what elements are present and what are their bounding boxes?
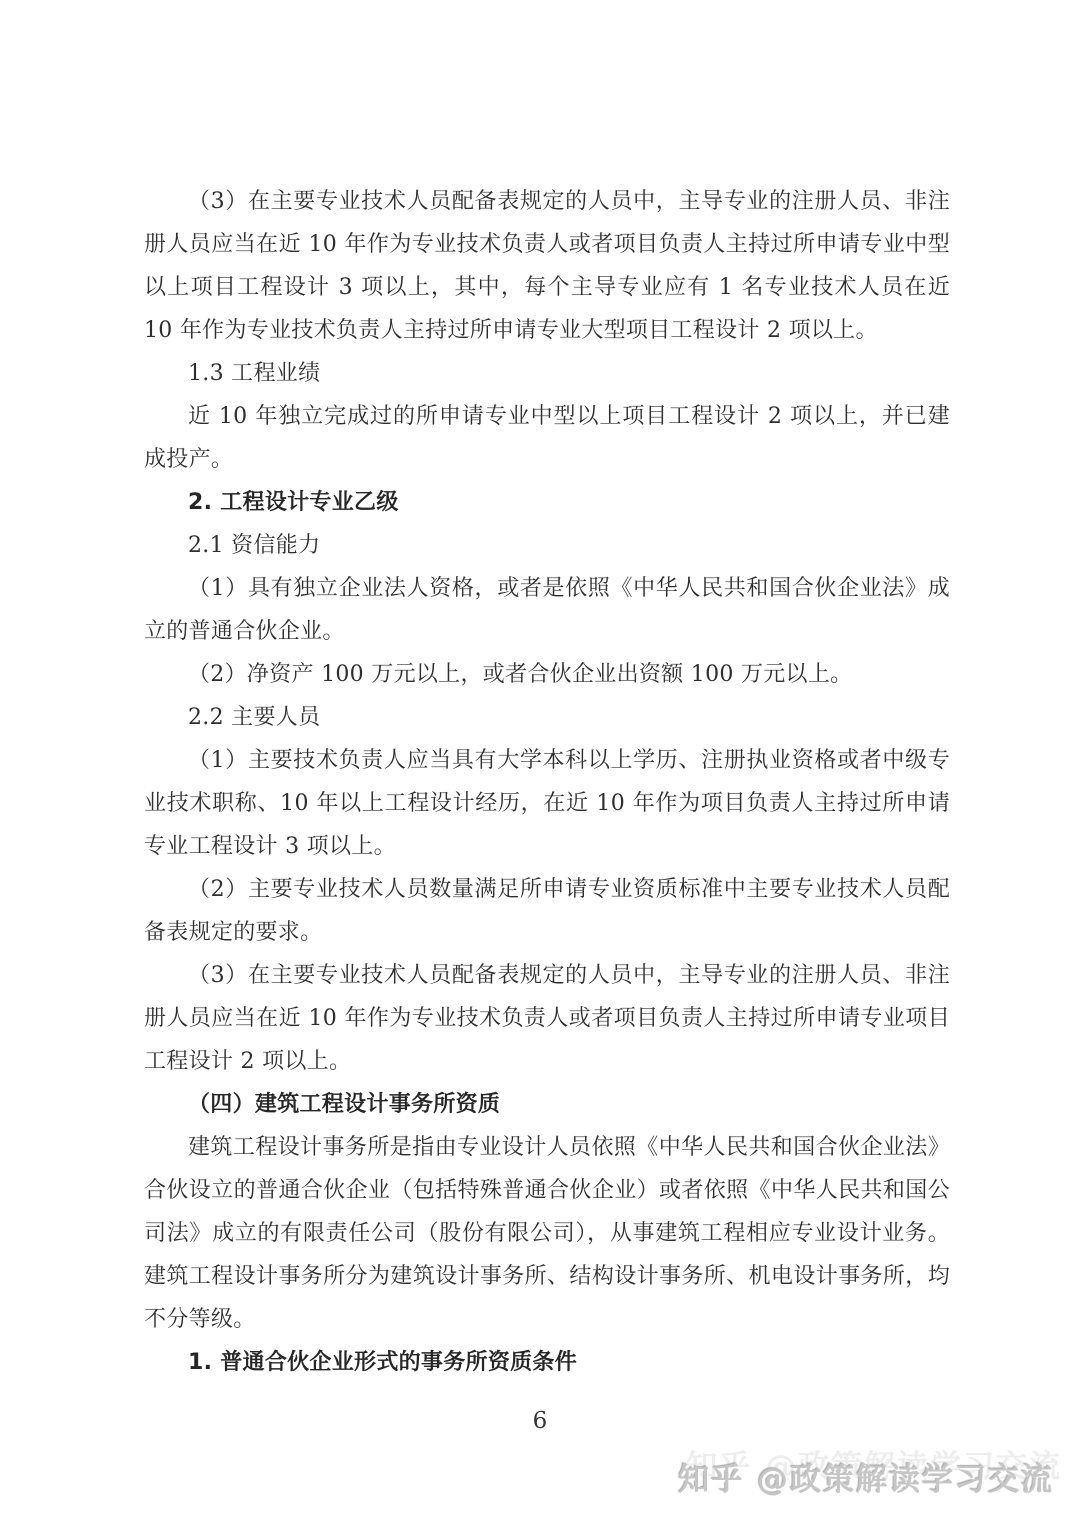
section-heading: 1. 普通合伙企业形式的事务所资质条件 — [144, 1341, 950, 1384]
paragraph: 近 10 年独立完成过的所申请专业中型以上项目工程设计 2 项以上，并已建成投产… — [144, 395, 950, 481]
paragraph: （2）主要专业技术人员数量满足所申请专业资质标准中主要专业技术人员配备表规定的要… — [144, 868, 950, 954]
paragraph: （2）净资产 100 万元以上，或者合伙企业出资额 100 万元以上。 — [144, 653, 950, 696]
watermark-text: 知乎 @政策解读学习交流 — [678, 1462, 1054, 1498]
page-number: 6 — [0, 1406, 1080, 1436]
document-page: （3）在主要专业技术人员配备表规定的人员中，主导专业的注册人员、非注册人员应当在… — [0, 0, 1080, 1527]
paragraph: （1）具有独立企业法人资格，或者是依照《中华人民共和国合伙企业法》成立的普通合伙… — [144, 567, 950, 653]
paragraph: （1）主要技术负责人应当具有大学本科以上学历、注册执业资格或者中级专业技术职称、… — [144, 739, 950, 868]
paragraph: 1.3 工程业绩 — [144, 352, 950, 395]
paragraph: （3）在主要专业技术人员配备表规定的人员中，主导专业的注册人员、非注册人员应当在… — [144, 954, 950, 1083]
paragraph: （3）在主要专业技术人员配备表规定的人员中，主导专业的注册人员、非注册人员应当在… — [144, 180, 950, 352]
section-heading: 2. 工程设计专业乙级 — [144, 481, 950, 524]
zhihu-watermark: 知乎 @政策解读学习交流 知乎 @政策解读学习交流 — [678, 1460, 1054, 1500]
section-heading: （四）建筑工程设计事务所资质 — [144, 1083, 950, 1126]
paragraph: 建筑工程设计事务所是指由专业设计人员依照《中华人民共和国合伙企业法》合伙设立的普… — [144, 1126, 950, 1341]
document-content: （3）在主要专业技术人员配备表规定的人员中，主导专业的注册人员、非注册人员应当在… — [144, 180, 950, 1384]
paragraph: 2.1 资信能力 — [144, 524, 950, 567]
paragraph: 2.2 主要人员 — [144, 696, 950, 739]
